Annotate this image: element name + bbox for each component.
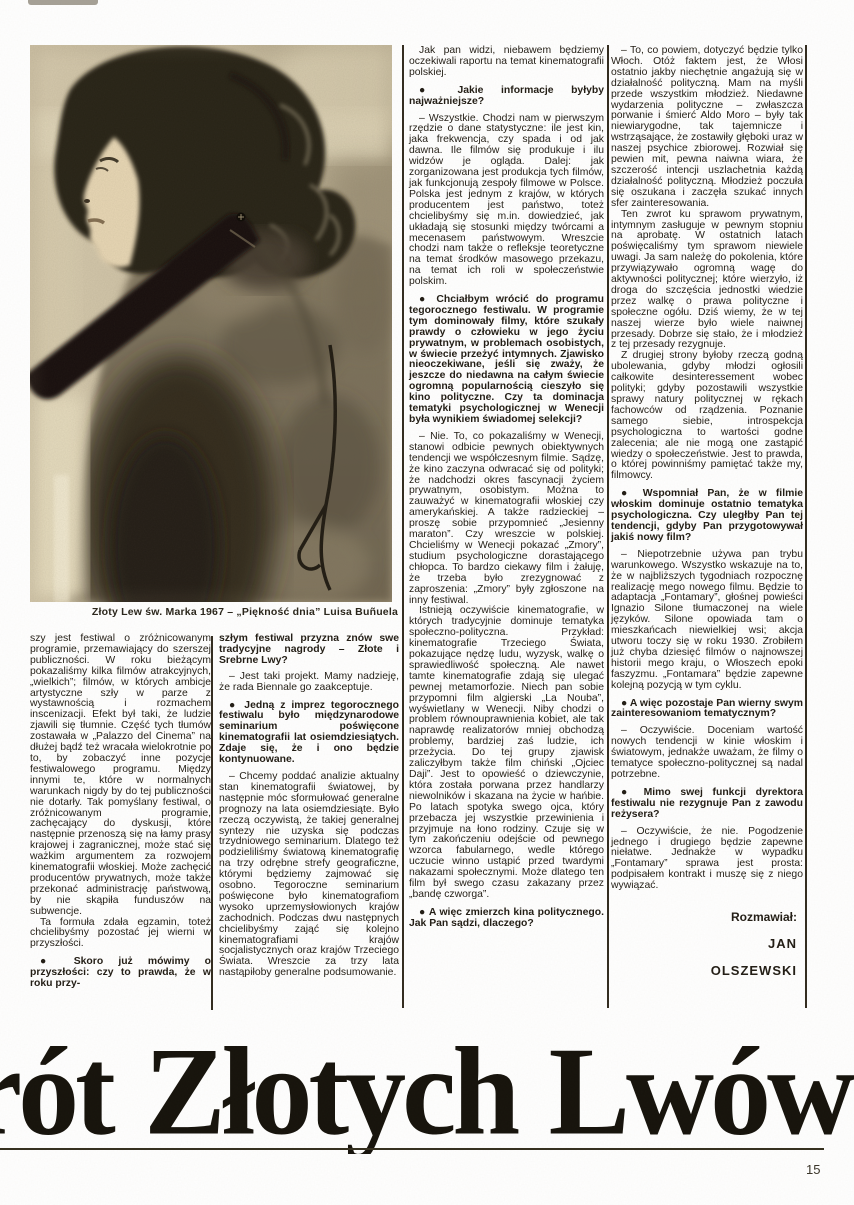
body-paragraph: Ta formuła zdała egzamin, toteż chcielib…: [30, 918, 211, 951]
body-paragraph: – Chcemy poddać analizie aktualny stan k…: [219, 772, 399, 979]
body-paragraph: – To, co powiem, dotyczyć będzie tylko W…: [611, 46, 803, 210]
body-paragraph: Z drugiej strony byłoby rzeczą godną ubo…: [611, 351, 803, 482]
scan-artifact: [28, 0, 98, 5]
interview-question: ● Wspomniał Pan, że w filmie włoskim dom…: [611, 489, 803, 544]
magazine-page: Złoty Lew św. Marka 1967 – „Piękność dni…: [0, 0, 854, 1205]
column-main-right: – To, co powiem, dotyczyć będzie tylko W…: [611, 46, 803, 1014]
body-paragraph: Ten zwrot ku sprawom prywatnym, intymnym…: [611, 210, 803, 352]
column-divider: [805, 45, 807, 1008]
interview-question: ● Jedną z imprez tegorocznego festiwalu …: [219, 701, 399, 766]
interview-question: ● Chciałbym wrócić do programu tegoroczn…: [409, 295, 604, 426]
interview-question: ● A więc zmierzch kina politycznego. Jak…: [409, 908, 604, 930]
signature-line: JAN: [611, 939, 803, 950]
photo-illustration: [30, 45, 392, 602]
body-paragraph: – Nie. To, co pokazaliśmy w Wenecji, sta…: [409, 432, 604, 607]
interview-question: ● A więc pozostaje Pan wierny swym zaint…: [611, 699, 803, 721]
interview-question: ● Mimo swej funkcji dyrektora festiwalu …: [611, 788, 803, 821]
body-paragraph: Jak pan widzi, niebawem będziemy oczekiw…: [409, 46, 604, 79]
headline-text: rót Złotych Lwów: [0, 1030, 854, 1154]
film-still-photo: [30, 45, 392, 602]
body-paragraph: szy jest festiwal o zróżnicowanym progra…: [30, 634, 211, 918]
column-main-left: Jak pan widzi, niebawem będziemy oczekiw…: [409, 46, 604, 1014]
column-under-photo-right: szłym festiwal przyzna znów swe tradycyj…: [219, 634, 399, 1018]
interview-question: ● Jakie informacje byłyby najważniejsze?: [409, 86, 604, 108]
page-number: 15: [806, 1162, 820, 1177]
signature-line: Rozmawiał:: [611, 912, 803, 923]
photo-caption: Złoty Lew św. Marka 1967 – „Piękność dni…: [30, 606, 398, 618]
footer-rule: [0, 1148, 824, 1150]
column-divider: [607, 45, 609, 1008]
body-paragraph: – Wszystkie. Chodzi nam w pierwszym rzęd…: [409, 114, 604, 289]
column-divider: [211, 636, 213, 1010]
signature-line: OLSZEWSKI: [611, 966, 803, 977]
interview-question: ● Skoro już mówimy o przyszłości: czy to…: [30, 957, 211, 990]
body-paragraph: – Jest taki projekt. Mamy nadzieję, że r…: [219, 672, 399, 694]
interview-question: szłym festiwal przyzna znów swe tradycyj…: [219, 634, 399, 667]
column-divider: [402, 45, 404, 1008]
body-paragraph: – Oczywiście, że nie. Pogodzenie jednego…: [611, 827, 803, 892]
headline: rót Złotych Lwów: [0, 1030, 854, 1154]
body-paragraph: Istnieją oczywiście kinematografie, w kt…: [409, 606, 604, 900]
body-paragraph: – Niepotrzebnie używa pan trybu warunkow…: [611, 550, 803, 692]
column-under-photo-left: szy jest festiwal o zróżnicowanym progra…: [30, 634, 211, 1018]
body-paragraph: – Oczywiście. Doceniam wartość nowych te…: [611, 726, 803, 781]
